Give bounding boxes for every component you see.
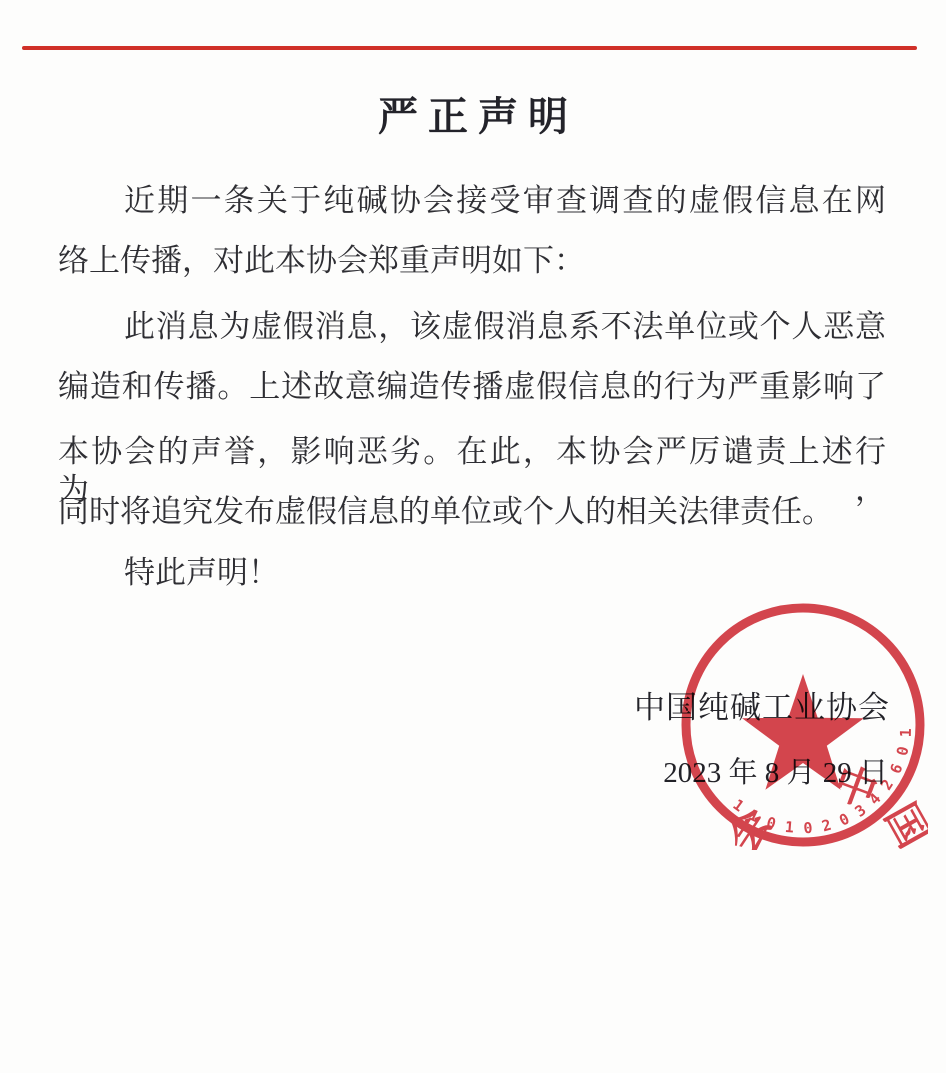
statement-document: 严正声明 近期一条关于纯碱协会接受审查调查的虚假信息在网 络上传播，对此本协会郑… <box>0 0 946 1073</box>
statement-line-4: 编造和传播。上述故意编造传播虚假信息的行为严重影响了 <box>58 368 886 406</box>
official-seal: 中国纯碱工业协会 1101020342601 <box>678 600 928 850</box>
statement-line-1: 近期一条关于纯碱协会接受审查调查的虚假信息在网 <box>58 182 886 220</box>
statement-line-2: 络上传播，对此本协会郑重声明如下： <box>58 242 886 280</box>
statement-line-3: 此消息为虚假消息，该虚假消息系不法单位或个人恶意 <box>58 308 886 346</box>
header-red-rule <box>22 46 917 50</box>
document-title: 严正声明 <box>0 85 946 142</box>
statement-line-6: 同时将追究发布虚假信息的单位或个人的相关法律责任。 <box>58 493 886 531</box>
statement-line-7: 特此声明！ <box>58 554 886 592</box>
